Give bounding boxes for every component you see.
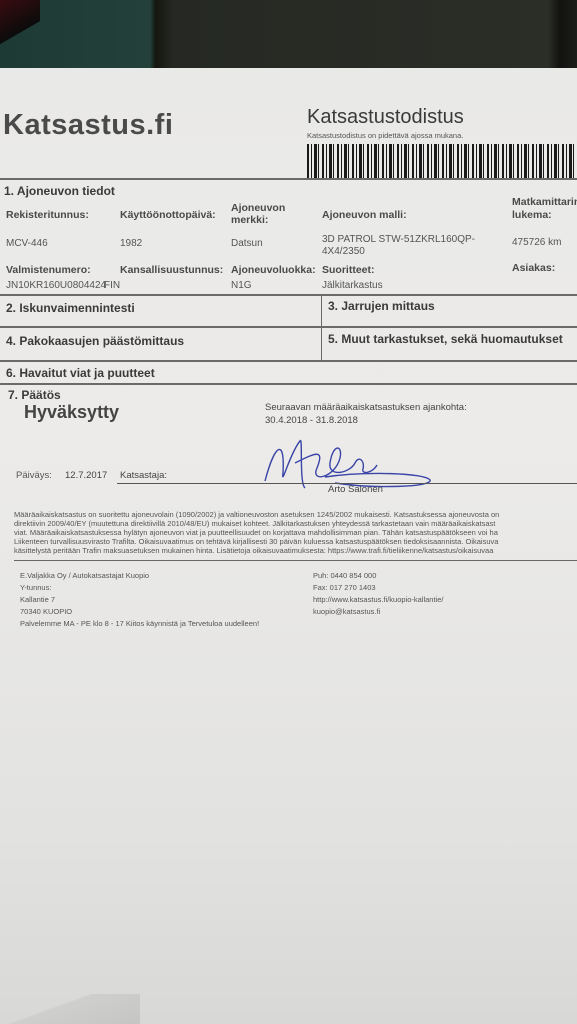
date-label: Päiväys: xyxy=(16,470,52,481)
station-postal: 70340 KUOPIO xyxy=(20,606,259,618)
make-label-line1: Ajoneuvon xyxy=(231,202,285,214)
vin-label: Valmistenumero: xyxy=(6,264,91,276)
divider xyxy=(14,560,577,561)
station-phone: Puh: 0440 854 000 xyxy=(313,570,443,582)
inspector-name: Arto Salonen xyxy=(328,484,383,495)
registration-value: MCV-446 xyxy=(6,238,48,249)
legal-notice: Määräaikaiskatsastus on suoritettu ajone… xyxy=(14,510,577,555)
vehicle-class-label: Ajoneuvoluokka: xyxy=(231,264,316,276)
section-vehicle-title: 1. Ajoneuvon tiedot xyxy=(4,184,115,198)
inspection-certificate: Katsastus.fi Katsastustodistus Katsastus… xyxy=(0,68,577,1024)
station-name: E.Valjakka Oy / Autokatsastajat Kuopio xyxy=(20,570,259,582)
make-label-line2: merkki: xyxy=(231,214,285,226)
vehicle-class-value: N1G xyxy=(231,280,252,291)
station-business-id: Y-tunnus: xyxy=(20,582,259,594)
document-subtitle: Katsastustodistus on pidettävä ajossa mu… xyxy=(307,131,463,140)
station-street: Kallantie 7 xyxy=(20,594,259,606)
station-url[interactable]: http://www.katsastus.fi/kuopio-kallantie… xyxy=(313,594,443,606)
divider xyxy=(0,178,577,180)
next-inspection-label: Seuraavan määräaikaiskatsastuksen ajanko… xyxy=(265,402,467,413)
station-fax: Fax: 017 270 1403 xyxy=(313,582,443,594)
nationality-label: Kansallisuustunnus: xyxy=(120,264,223,276)
inspector-label: Katsastaja: xyxy=(120,470,167,481)
decision-result: Hyväksytty xyxy=(24,402,119,423)
services-value: Jälkitarkastus xyxy=(322,280,383,291)
vin-value: JN10KR160U0804424 xyxy=(6,280,106,291)
section-defects: 6. Havaitut viat ja puutteet xyxy=(6,366,155,380)
date-value: 12.7.2017 xyxy=(65,470,107,481)
odometer-label-line2: lukema: xyxy=(512,209,577,222)
nationality-value: FIN xyxy=(104,280,120,291)
first-use-value: 1982 xyxy=(120,238,142,249)
section-exhaust-emission: 4. Pakokaasujen päästömittaus xyxy=(6,334,184,348)
section-decision: 7. Päätös xyxy=(8,388,61,402)
services-label: Suoritteet: xyxy=(322,264,375,276)
first-use-label: Käyttöönottopäivä: xyxy=(120,209,216,221)
divider xyxy=(0,326,577,328)
odometer-value: 475726 km xyxy=(512,237,561,248)
background-object xyxy=(0,0,40,50)
surface-edge xyxy=(0,994,140,1024)
station-hours: Palvelemme MA - PE klo 8 - 17 Kiitos käy… xyxy=(20,618,259,630)
photo-background xyxy=(0,0,577,72)
legal-line: Liikenteen turvallisuusvirasto Trafilta.… xyxy=(14,537,577,546)
section-brake-measurement: 3. Jarrujen mittaus xyxy=(328,299,435,313)
legal-line: Määräaikaiskatsastus on suoritettu ajone… xyxy=(14,510,577,519)
station-info: E.Valjakka Oy / Autokatsastajat Kuopio Y… xyxy=(20,570,259,630)
legal-line: käsittelystä peritään Trafin maksuasetuk… xyxy=(14,546,577,555)
section-shock-absorber-test: 2. Iskunvaimennintesti xyxy=(6,301,135,315)
make-value: Datsun xyxy=(231,238,263,249)
legal-line: direktiivin 2009/40/EY (muutettuna direk… xyxy=(14,519,577,528)
document-title: Katsastustodistus xyxy=(307,106,464,129)
divider xyxy=(0,360,577,362)
model-value: 3D PATROL STW-51ZKRL160QP- 4X4/2350 xyxy=(322,234,475,258)
customer-label: Asiakas: xyxy=(512,262,555,274)
registration-label: Rekisteritunnus: xyxy=(6,209,89,221)
odometer-label-line1: Matkamittarin xyxy=(512,196,577,209)
station-contact: Puh: 0440 854 000 Fax: 017 270 1403 http… xyxy=(313,570,443,618)
barcode xyxy=(307,144,577,178)
divider xyxy=(0,294,577,296)
make-label: Ajoneuvon merkki: xyxy=(231,202,285,226)
legal-line: viat. Määräaikaiskatsastuksessa hylätyn … xyxy=(14,528,577,537)
station-email[interactable]: kuopio@katsastus.fi xyxy=(313,606,443,618)
model-value-line2: 4X4/2350 xyxy=(322,246,475,258)
model-value-line1: 3D PATROL STW-51ZKRL160QP- xyxy=(322,234,475,246)
odometer-label: Matkamittarin lukema: xyxy=(512,196,577,222)
brand-logo: Katsastus.fi xyxy=(3,109,173,142)
section-other-checks: 5. Muut tarkastukset, sekä huomautukset xyxy=(328,332,563,346)
divider xyxy=(0,383,577,385)
next-inspection-range: 30.4.2018 - 31.8.2018 xyxy=(265,415,358,426)
model-label: Ajoneuvon malli: xyxy=(322,209,407,221)
